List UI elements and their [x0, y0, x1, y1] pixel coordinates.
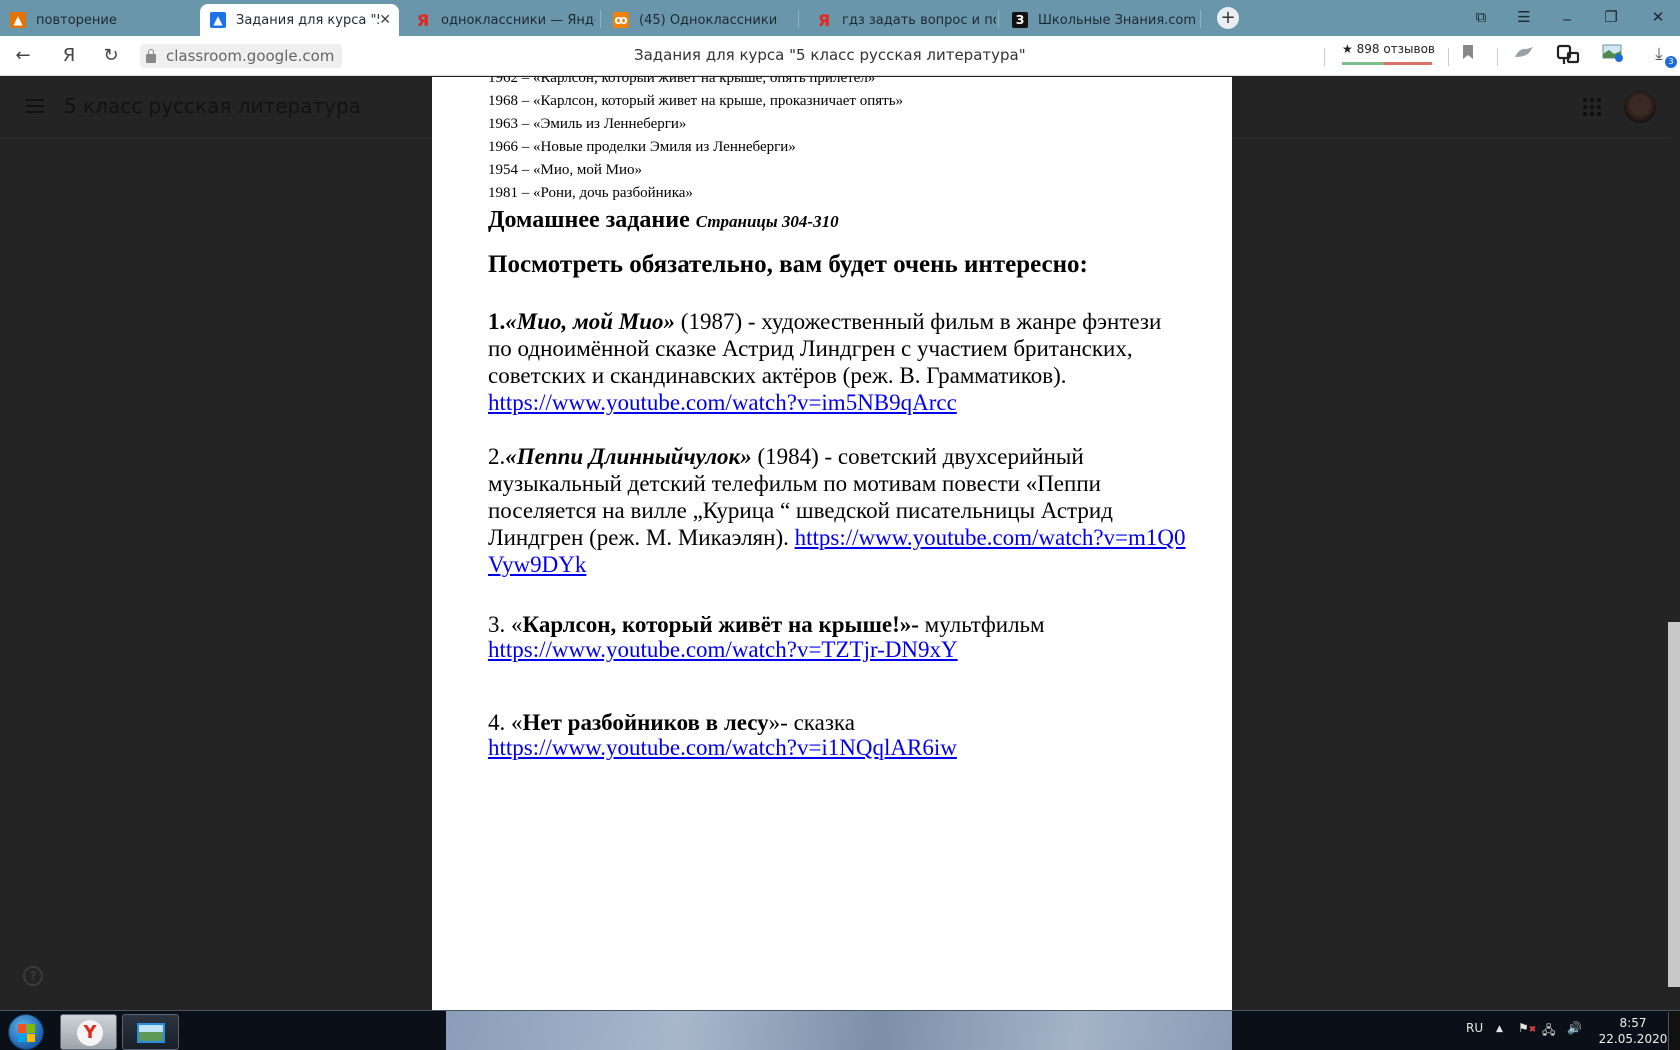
tab-divider — [600, 10, 601, 28]
desktop-wallpaper-peek — [446, 1011, 1232, 1050]
password-manager-icon[interactable] — [1556, 44, 1580, 71]
back-button[interactable]: ← — [12, 45, 34, 66]
bookmark-shape — [1462, 44, 1474, 60]
site-reviews-button[interactable]: ★ 898 отзывов — [1342, 42, 1435, 56]
tab-povtorenie[interactable]: ▲ повторение — [0, 4, 198, 36]
timeline-item: 1966 – «Новые проделки Эмиля из Леннебер… — [488, 136, 1188, 159]
yandex-icon: Я — [415, 12, 431, 28]
film-link[interactable]: https://www.youtube.com/watch?v=im5NB9qA… — [488, 390, 957, 415]
download-arrow-icon: ⤓ — [1655, 44, 1663, 64]
bookmark-icon[interactable] — [1456, 44, 1480, 65]
hamburger-menu-icon[interactable] — [26, 99, 44, 113]
system-clock[interactable]: 8:57 22.05.2020 — [1598, 1015, 1668, 1047]
must-watch-heading: Посмотреть обязательно, вам будет очень … — [488, 250, 1188, 280]
odnoklassniki-icon: ꝏ — [613, 12, 629, 28]
film-title-suffix: »- — [769, 710, 788, 735]
film-item: 3. «Карлсон, который живёт на крыше!»- м… — [488, 612, 1188, 662]
film-number: 2. — [488, 444, 505, 469]
timeline-item: 1962 – «Карлсон, который живет на крыше,… — [488, 77, 1188, 90]
film-link[interactable]: https://www.youtube.com/watch?v=TZTjr-DN… — [488, 637, 958, 662]
lock-icon — [146, 54, 156, 63]
downloads-badge: 3 — [1665, 56, 1677, 68]
tab-yandex-search[interactable]: Я одноклассники — Яндекс — [405, 4, 595, 36]
film-item: 1.«Мио, мой Мио» (1987) - художественный… — [488, 308, 1188, 416]
taskbar-yandex-browser[interactable]: Y — [60, 1014, 117, 1050]
close-window-button[interactable]: ✕ — [1648, 8, 1668, 26]
timeline-item: 1981 – «Рони, дочь разбойника» — [488, 182, 1188, 205]
key-lock-shape — [1556, 44, 1580, 66]
toolbar-divider — [1497, 48, 1498, 66]
tab-odnoklassniki[interactable]: ꝏ (45) Одноклассники — [603, 4, 798, 36]
course-title[interactable]: 5 класс русская литература — [64, 94, 361, 118]
classroom-blue-icon: ▲ — [210, 12, 226, 28]
toolbar-divider — [1324, 48, 1325, 66]
show-desktop-button[interactable] — [1668, 1012, 1680, 1050]
photo-extension-icon[interactable] — [1601, 44, 1625, 67]
document-content: 1962 – «Карлсон, который живет на крыше,… — [488, 77, 1188, 760]
help-icon[interactable]: ? — [23, 966, 43, 986]
hat-shape — [1513, 45, 1535, 59]
tab-divider — [798, 10, 799, 28]
works-timeline: 1962 – «Карлсон, который живет на крыше,… — [488, 77, 1188, 205]
restore-button[interactable]: ❐ — [1601, 8, 1621, 26]
tab-title: Школьные Знания.com - Т — [1038, 13, 1198, 28]
page-title: Задания для курса "5 класс русская литер… — [634, 46, 1026, 64]
address-bar[interactable]: classroom.google.com — [140, 44, 342, 68]
film-title: Карлсон, который живёт на крыше! — [523, 612, 900, 637]
homework-pages: Страницы 304-310 — [696, 212, 839, 231]
clock-time: 8:57 — [1598, 1015, 1668, 1031]
user-avatar[interactable] — [1624, 91, 1656, 123]
flag-icon: ⚑ — [1518, 1021, 1529, 1035]
toolbar-divider — [1448, 48, 1449, 66]
reviews-count: 898 — [1357, 42, 1380, 56]
star-icon: ★ — [1342, 42, 1353, 56]
yandex-browser-icon: Y — [77, 1020, 103, 1046]
tab-assignments-active[interactable]: ▲ Задания для курса "5 кл ✕ — [200, 4, 399, 36]
tab-divider — [998, 10, 999, 28]
homework-heading: Домашнее задание Страницы 304-310 — [488, 205, 1188, 237]
tab-title: (45) Одноклассники — [639, 13, 777, 28]
google-apps-icon[interactable] — [1583, 98, 1601, 116]
start-button[interactable] — [8, 1014, 44, 1050]
taskbar-photo-viewer[interactable] — [122, 1014, 179, 1050]
new-tab-button[interactable]: + — [1217, 7, 1239, 29]
film-title: «Пеппи Длинныйчулок» — [505, 444, 751, 469]
classroom-orange-icon: ▲ — [10, 12, 26, 28]
film-title: «Мио, мой Мио» — [505, 309, 675, 334]
reviews-label: отзывов — [1383, 42, 1435, 56]
film-link[interactable]: https://www.youtube.com/watch?v=i1NQqlAR… — [488, 735, 957, 760]
scrollbar-thumb[interactable] — [1668, 622, 1680, 987]
minimize-button[interactable]: _ — [1557, 3, 1577, 21]
menu-icon[interactable]: ☰ — [1514, 8, 1534, 26]
show-hidden-icons-button[interactable]: ▲ — [1496, 1024, 1503, 1034]
film-description: сказка — [788, 710, 855, 735]
language-indicator[interactable]: RU — [1466, 1021, 1483, 1035]
film-title-suffix: »- — [900, 612, 919, 637]
homework-label: Домашнее задание — [488, 207, 690, 233]
volume-icon[interactable]: 🔊 — [1567, 1021, 1582, 1035]
url-text: classroom.google.com — [166, 47, 334, 65]
tab-strip: ▲ повторение ▲ Задания для курса "5 кл ✕… — [0, 0, 1680, 36]
timeline-item: 1963 – «Эмиль из Леннеберги» — [488, 113, 1188, 136]
tab-gdz-question[interactable]: Я гдз задать вопрос и получ — [806, 4, 996, 36]
tab-title: одноклассники — Яндекс — [441, 13, 595, 28]
action-center-icon[interactable]: ⚑✖ — [1518, 1021, 1536, 1035]
photo-shape — [1602, 44, 1624, 62]
film-number: 3. « — [488, 612, 523, 637]
clock-date: 22.05.2020 — [1598, 1031, 1668, 1047]
reviews-rating-bar — [1342, 62, 1432, 65]
film-item: 2.«Пеппи Длинныйчулок» (1984) - советски… — [488, 443, 1188, 578]
yandex-icon: Я — [816, 12, 832, 28]
reload-button[interactable]: ↻ — [100, 45, 122, 66]
close-tab-icon[interactable]: ✕ — [379, 12, 391, 28]
tab-divider — [1200, 10, 1201, 28]
photo-viewer-icon — [137, 1023, 165, 1043]
browser-toolbar: ← Я ↻ classroom.google.com Задания для к… — [0, 36, 1680, 76]
tab-title: Задания для курса "5 кл — [236, 13, 379, 28]
yandex-home-button[interactable]: Я — [58, 45, 80, 66]
film-item: 4. «Нет разбойников в лесу»- сказка http… — [488, 710, 1188, 760]
collections-icon[interactable]: ⧉ — [1471, 8, 1491, 26]
film-description: мультфильм — [919, 612, 1045, 637]
network-icon[interactable]: 🖧 — [1542, 1021, 1555, 1042]
timeline-item: 1968 – «Карлсон, который живет на крыше,… — [488, 90, 1188, 113]
film-title: Нет разбойников в лесу — [523, 710, 769, 735]
timeline-item: 1954 – «Мио, мой Мио» — [488, 159, 1188, 182]
error-badge-icon: ✖ — [1529, 1025, 1537, 1035]
tab-title: повторение — [36, 13, 117, 28]
document-preview: 1962 – «Карлсон, который живет на крыше,… — [432, 77, 1232, 1010]
tab-title: гдз задать вопрос и получ — [842, 13, 996, 28]
extension-hat-icon[interactable] — [1512, 44, 1536, 64]
windows-logo-icon — [18, 1024, 36, 1042]
film-number: 4. « — [488, 710, 523, 735]
znanija-icon: З — [1012, 12, 1028, 28]
page-scrollbar[interactable] — [1668, 77, 1680, 1010]
tab-znanija[interactable]: З Школьные Знания.com - Т — [1002, 4, 1198, 36]
downloads-icon[interactable]: ⤓ 3 — [1647, 44, 1671, 64]
film-number: 1. — [488, 309, 505, 334]
